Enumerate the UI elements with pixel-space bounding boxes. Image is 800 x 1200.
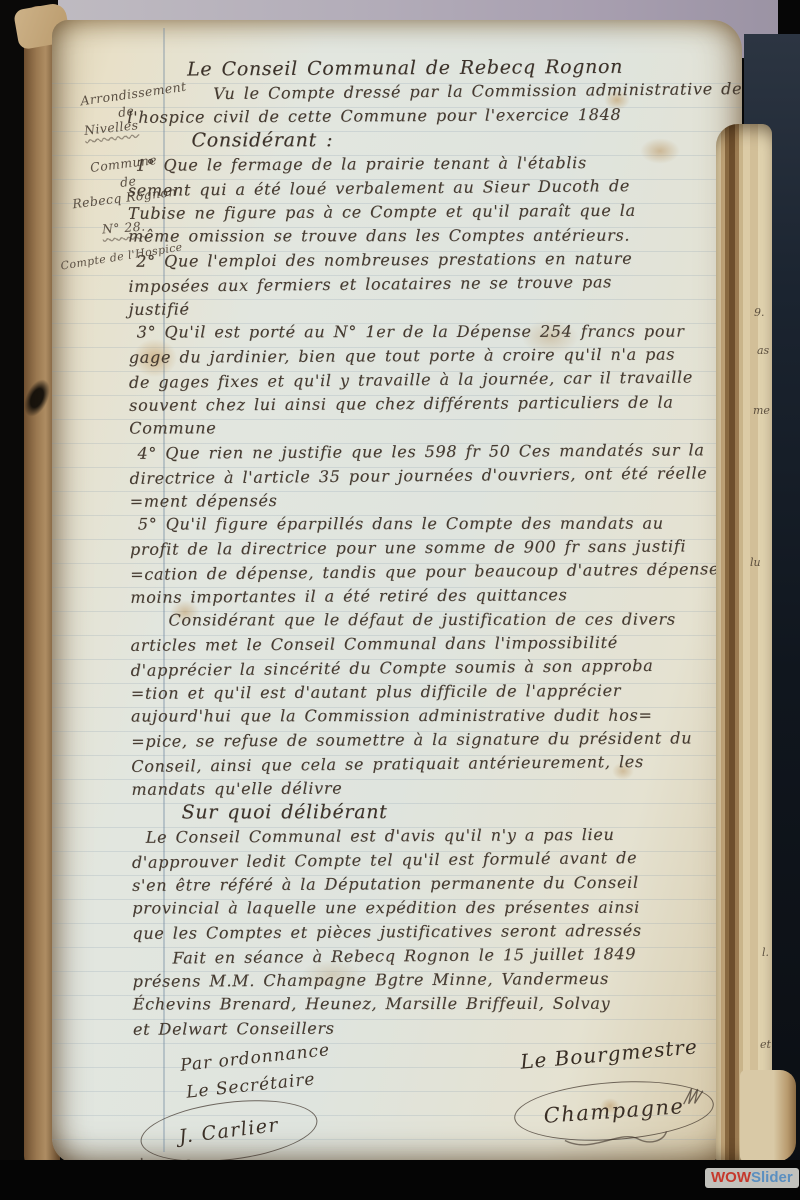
closing-le-secretaire: Le Secrétaire — [185, 1069, 316, 1102]
closing-le-bourgmestre: Le Bourgmestre — [519, 1034, 698, 1073]
page-edges-corner — [740, 1070, 796, 1162]
watermark-part2: Slider — [751, 1169, 793, 1186]
secretary-signature-name: J. Carlier — [178, 1114, 281, 1148]
photo-scene: ArrondissementdeNivellesCommunedeRebecq … — [0, 0, 800, 1200]
page-edges-stack — [716, 124, 772, 1164]
bourgmestre-signature: Champagne — [512, 1075, 716, 1147]
manuscript-page: ArrondissementdeNivellesCommunedeRebecq … — [52, 20, 742, 1164]
closing-block: Par ordonnance Le Secrétaire J. Carlier … — [52, 20, 742, 1164]
secretary-signature: J. Carlier — [137, 1091, 321, 1170]
signature-paraph-icon — [679, 1085, 706, 1109]
binding-ink-mark — [19, 375, 55, 420]
signature-underflourish-icon — [560, 1123, 672, 1157]
wowslider-watermark[interactable]: WOWSlider — [705, 1168, 799, 1188]
dark-background-bottom — [0, 1160, 800, 1200]
watermark-part1: WOW — [711, 1169, 751, 1186]
